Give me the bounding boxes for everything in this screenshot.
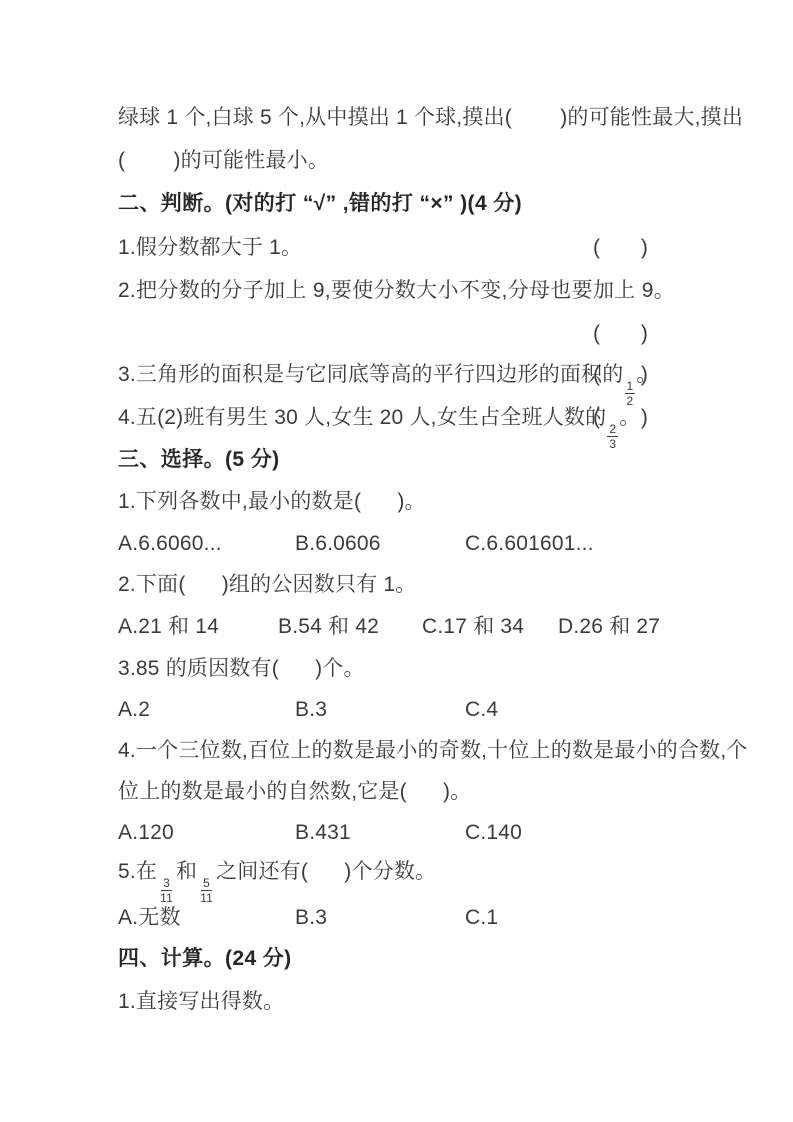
choice-q4-text-line2: 位上的数是最小的自然数,它是( )。: [118, 778, 471, 805]
calc-sub1-text: 1.直接写出得数。: [118, 988, 284, 1015]
intro-line-1: 绿球 1 个,白球 5 个,从中摸出 1 个球,摸出( )的可能性最大,摸出: [118, 104, 675, 131]
fraction-denominator: 11: [158, 891, 175, 904]
choice-q1-option-c: C.6.601601...: [465, 530, 594, 557]
choice-q5-text: 5.在311和511之间还有( )个分数。: [118, 858, 436, 904]
choice-q2-text: 2.下面( )组的公因数只有 1。: [118, 571, 416, 598]
choice-q4-option-b: B.431: [295, 819, 351, 846]
judge-q4-answer-parens: ( ): [593, 404, 648, 431]
choice-q4-option-c: C.140: [465, 819, 522, 846]
choice-q5-option-a: A.无数: [118, 904, 181, 931]
judge-q4-text: 4.五(2)班有男生 30 人,女生 20 人,女生占全班人数的23。: [118, 404, 640, 450]
choice-q5-fraction-1: 311: [158, 877, 175, 904]
choice-q5-pre: 5.在: [118, 860, 157, 883]
choice-q1-option-b: B.6.0606: [295, 530, 381, 557]
judge-q3-body: 3.三角形的面积是与它同底等高的平行四边形的面积的: [118, 363, 624, 386]
fraction-denominator: 11: [198, 891, 215, 904]
choice-q1-option-a: A.6.6060...: [118, 530, 222, 557]
judge-q1-text: 1.假分数都大于 1。: [118, 234, 302, 261]
judge-q2-answer-parens: ( ): [593, 320, 648, 347]
intro-line-2: ( )的可能性最小。: [118, 147, 329, 174]
fraction-numerator: 5: [201, 877, 212, 891]
section-choice-heading: 三、选择。(5 分): [118, 446, 280, 473]
choice-q5-fraction-2: 511: [198, 877, 215, 904]
fraction-denominator: 3: [607, 437, 618, 450]
judge-q1-answer-parens: ( ): [593, 234, 648, 261]
choice-q5-mid: 和: [176, 860, 197, 883]
choice-q5-option-c: C.1: [465, 904, 498, 931]
choice-q2-option-b: B.54 和 42: [278, 613, 379, 640]
judge-q4-body: 4.五(2)班有男生 30 人,女生 20 人,女生占全班人数的: [118, 406, 606, 429]
choice-q2-option-a: A.21 和 14: [118, 613, 219, 640]
choice-q3-option-c: C.4: [465, 696, 498, 723]
choice-q3-text: 3.85 的质因数有( )个。: [118, 655, 365, 682]
choice-q2-option-c: C.17 和 34: [422, 613, 524, 640]
choice-q4-text-line1: 4.一个三位数,百位上的数是最小的奇数,十位上的数是最小的合数,个: [118, 737, 675, 764]
choice-q1-text: 1.下列各数中,最小的数是( )。: [118, 488, 426, 515]
judge-q3-answer-parens: ( ): [593, 361, 648, 388]
choice-q3-option-a: A.2: [118, 696, 150, 723]
section-calc-heading: 四、计算。(24 分): [118, 945, 292, 972]
choice-q2-option-d: D.26 和 27: [558, 613, 660, 640]
fraction-numerator: 3: [161, 877, 172, 891]
judge-q3-text: 3.三角形的面积是与它同底等高的平行四边形的面积的12。: [118, 361, 658, 407]
section-judge-heading: 二、判断。(对的打 “√” ,错的打 “×” )(4 分): [118, 190, 522, 217]
choice-q3-option-b: B.3: [295, 696, 327, 723]
choice-q5-post: 之间还有( )个分数。: [216, 860, 436, 883]
document-page: 绿球 1 个,白球 5 个,从中摸出 1 个球,摸出( )的可能性最大,摸出 (…: [0, 0, 793, 1122]
judge-q2-text: 2.把分数的分子加上 9,要使分数大小不变,分母也要加上 9。: [118, 277, 675, 304]
choice-q4-option-a: A.120: [118, 819, 174, 846]
choice-q5-option-b: B.3: [295, 904, 327, 931]
